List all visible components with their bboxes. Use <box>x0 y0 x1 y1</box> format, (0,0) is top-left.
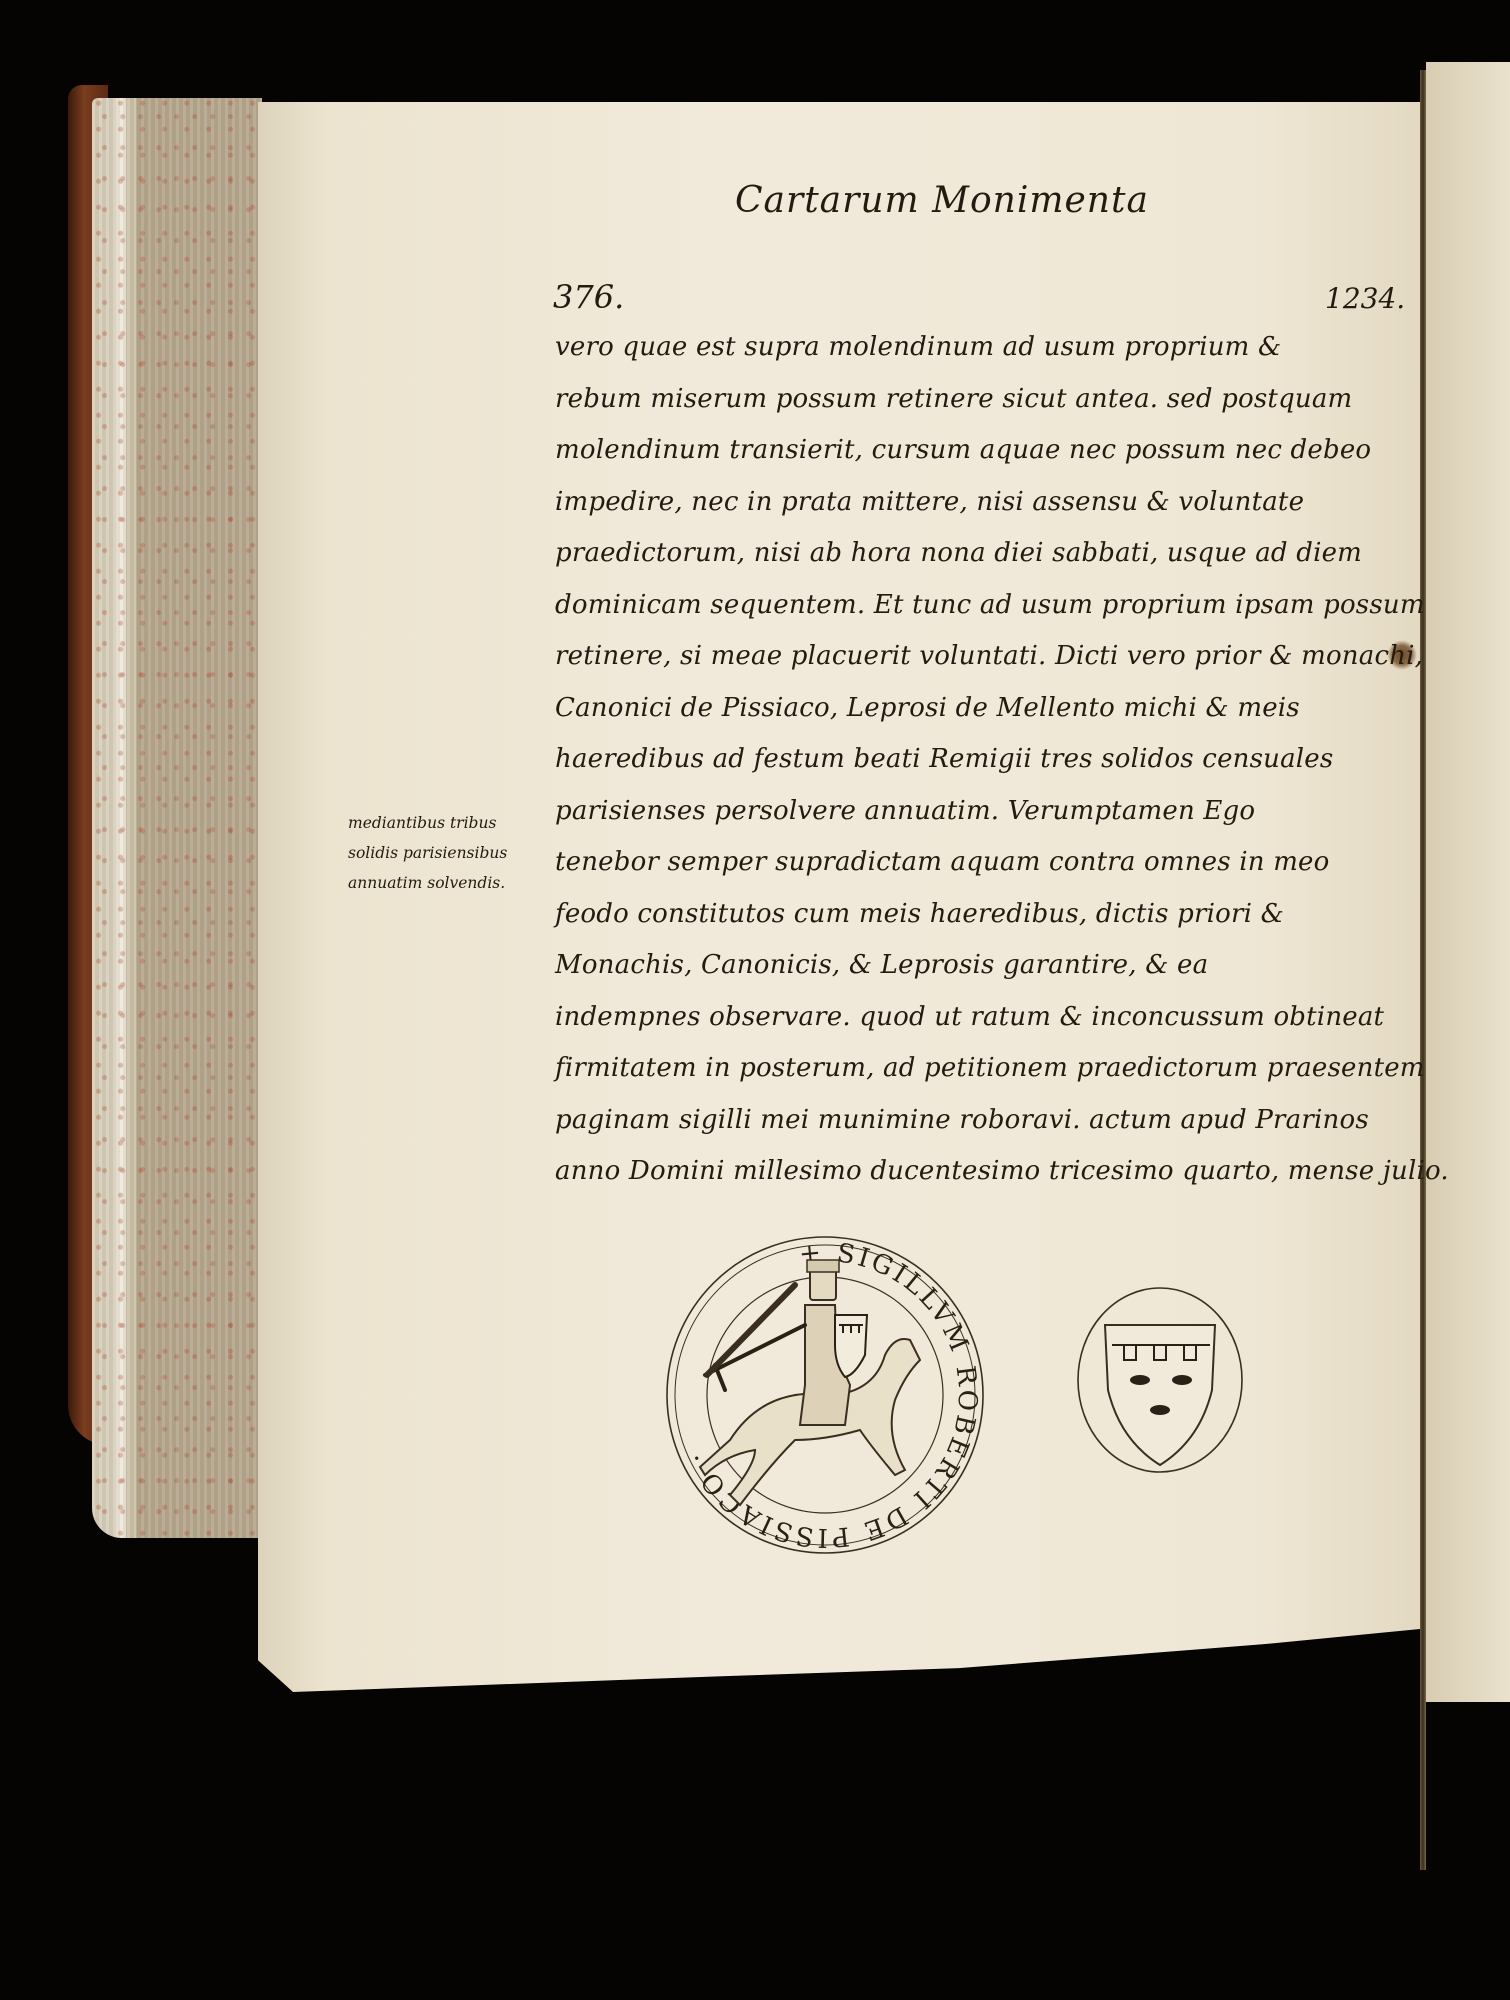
facing-page-edge: 123 <box>1426 62 1510 1702</box>
text-line: Monachis, Canonicis, & Leprosis garantir… <box>555 940 1415 992</box>
text-line: parisienses persolvere annuatim. Verumpt… <box>555 786 1415 838</box>
text-line: indempnes observare. quod ut ratum & inc… <box>555 992 1415 1044</box>
text-line: vero quae est supra molendinum ad usum p… <box>555 322 1415 374</box>
counter-seal-icon <box>1078 1288 1242 1472</box>
marginal-line: solidis parisiensibus <box>348 838 568 868</box>
page-block-fore-edge <box>92 98 262 1538</box>
text-line: anno Domini millesimo ducentesimo trices… <box>555 1146 1415 1198</box>
book-scan: 123 Cartarum Monimenta 376. 1234. vero q… <box>0 0 1510 2000</box>
text-line: praedictorum, nisi ab hora nona diei sab… <box>555 528 1415 580</box>
year-marginal: 1234. <box>1325 282 1405 315</box>
text-line: retinere, si meae placuerit voluntati. D… <box>555 631 1415 683</box>
text-line: firmitatem in posterum, ad petitionem pr… <box>555 1043 1415 1095</box>
text-line: tenebor semper supradictam aquam contra … <box>555 837 1415 889</box>
text-line: feodo constitutos cum meis haeredibus, d… <box>555 889 1415 941</box>
page-title: Cartarum Monimenta <box>735 180 1149 221</box>
text-line: dominicam sequentem. Et tunc ad usum pro… <box>555 580 1415 632</box>
text-line: molendinum transierit, cursum aquae nec … <box>555 425 1415 477</box>
text-line: rebum miserum possum retinere sicut ante… <box>555 374 1415 426</box>
marginal-line: annuatim solvendis. <box>348 868 568 898</box>
marginal-note: mediantibus tribus solidis parisiensibus… <box>348 808 568 898</box>
text-line: haeredibus ad festum beati Remigii tres … <box>555 734 1415 786</box>
gutter-fold <box>1420 70 1426 1870</box>
entry-number: 376. <box>553 278 624 316</box>
text-line: impedire, nec in prata mittere, nisi ass… <box>555 477 1415 529</box>
text-line: paginam sigilli mei munimine roboravi. a… <box>555 1095 1415 1147</box>
marginal-line: mediantibus tribus <box>348 808 568 838</box>
equestrian-seal-icon: + SIGILLVM ROBERTI DE PISSIACO · <box>667 1237 983 1553</box>
text-line: Canonici de Pissiaco, Leprosi de Mellent… <box>555 683 1415 735</box>
seal-drawings: + SIGILLVM ROBERTI DE PISSIACO · <box>640 1220 1400 1560</box>
charter-text: vero quae est supra molendinum ad usum p… <box>555 322 1415 1198</box>
